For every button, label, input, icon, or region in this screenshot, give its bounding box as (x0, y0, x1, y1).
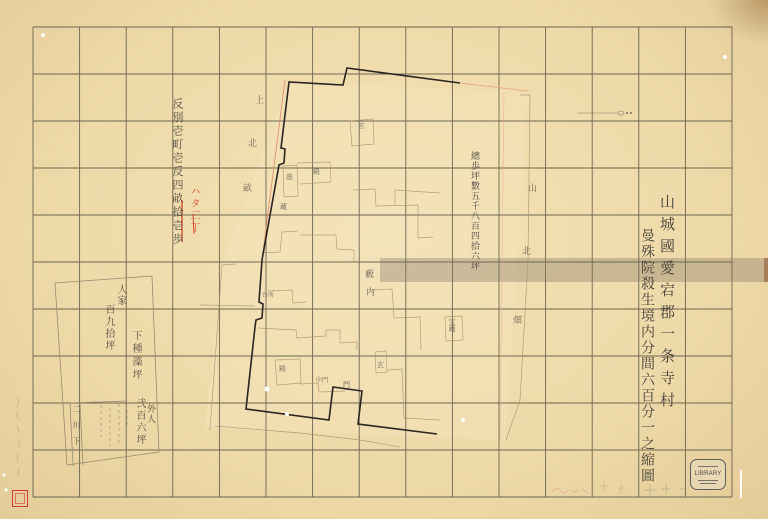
map-label: 殿 (279, 366, 286, 373)
map-label: 玄 (358, 123, 365, 130)
map-label: 殿 (313, 169, 320, 176)
map-label: 畑 (513, 317, 522, 326)
total-area-note: 總歩坪數五千八百四拾六坪 (469, 151, 478, 271)
inset-house-area: 百九拾坪 (103, 304, 113, 352)
stamp-line (700, 483, 716, 484)
title-province: 山城國愛宕郡一条寺村 (659, 194, 674, 414)
edge-tab (764, 258, 768, 282)
shade-band (380, 258, 768, 282)
map-label: 内 (366, 289, 375, 298)
map-label: 北 (522, 248, 531, 257)
map-label: 宝蔵 (448, 318, 455, 332)
stamp-text: LIBRARY (691, 471, 725, 477)
inset-house-label: 人家 (115, 284, 125, 306)
area-note: 反別壱町壱反四畝拾壱歩 (172, 98, 183, 247)
library-stamp: LIBRARY (690, 459, 726, 490)
map-label: 藪 (365, 271, 374, 280)
map-label: 畝 (243, 185, 252, 194)
map-label: 山 (528, 185, 537, 194)
inset-outside-area: 弐百六坪 (134, 398, 144, 446)
stamp-line (698, 466, 718, 467)
inset-outside-label: 外人 (145, 404, 154, 424)
pointer-mark (577, 111, 632, 115)
map-label: 上 (255, 97, 264, 106)
map-label: 北 (248, 140, 257, 149)
red-seal-inner (15, 493, 25, 504)
map-label: 座 (286, 174, 293, 181)
map-label: 玄 (377, 362, 384, 369)
map-label: 台所 (262, 293, 274, 299)
area-note-red: ハタ三丁 (188, 186, 198, 234)
inset-small-notes (101, 404, 127, 446)
map-label: 蔵 (280, 204, 287, 211)
map-label: 中門 (316, 378, 328, 384)
map-label: 門 (343, 382, 350, 389)
title-main: 曼殊院殺生境内分間六百分一之縮圖 (640, 228, 654, 484)
stamp-line (698, 480, 718, 481)
inset-side-note: 二川下 (72, 405, 80, 453)
red-seal (12, 490, 28, 507)
inset-field-label: 下種藻坪 (130, 330, 140, 382)
